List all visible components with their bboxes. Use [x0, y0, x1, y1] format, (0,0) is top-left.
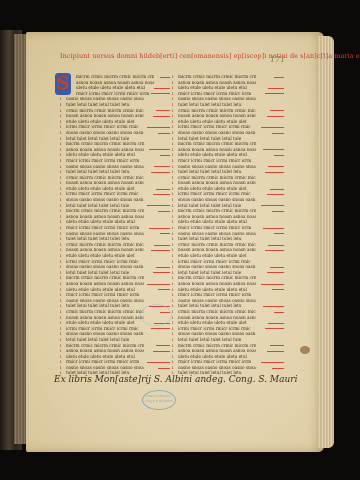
ownership-inscription: Ex libris Mon[aste]rij S. Albini andeg. … [54, 375, 297, 385]
rubric-header: Incipiunt uersus domni hildeb[erti] cen[… [60, 52, 360, 60]
folio-number: 171 [270, 55, 285, 64]
text-column-right: ımicrm crmic micrm crmic micrm crmiıasno… [172, 74, 292, 376]
stamp-offset-mark [140, 304, 172, 326]
library-stamp: BIBLIOTHEQUE / VILLE D'ANGERS [142, 390, 176, 410]
parchment-stain [300, 346, 310, 354]
page-fore-edge [318, 36, 334, 448]
text-column-left: ımicrm crmic micrm crmic micrm crmiıasno… [60, 74, 178, 376]
